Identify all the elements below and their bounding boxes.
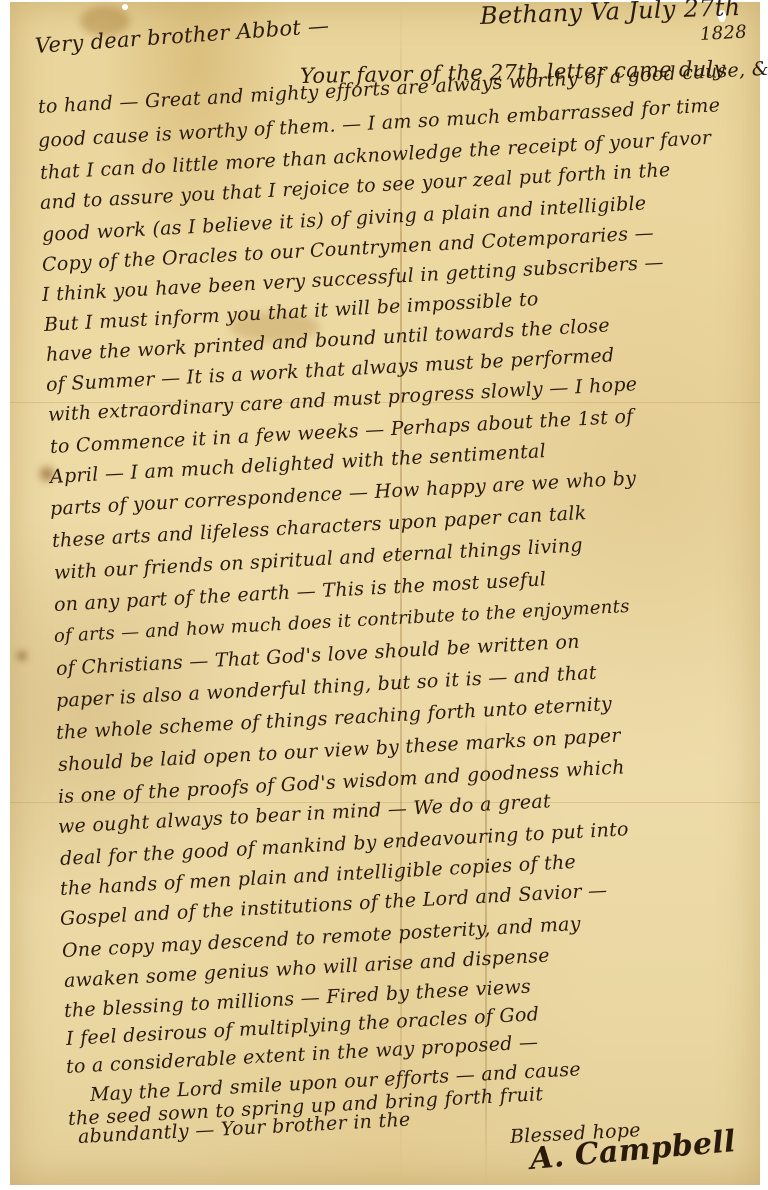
letter-page: Bethany Va July 27th 1828 Very dear brot…: [10, 2, 760, 1185]
salutation: Very dear brother Abbot —: [34, 13, 330, 58]
ink-spot: [18, 652, 26, 660]
paper-hole: [122, 4, 128, 10]
dateline-year: 1828: [699, 22, 747, 45]
